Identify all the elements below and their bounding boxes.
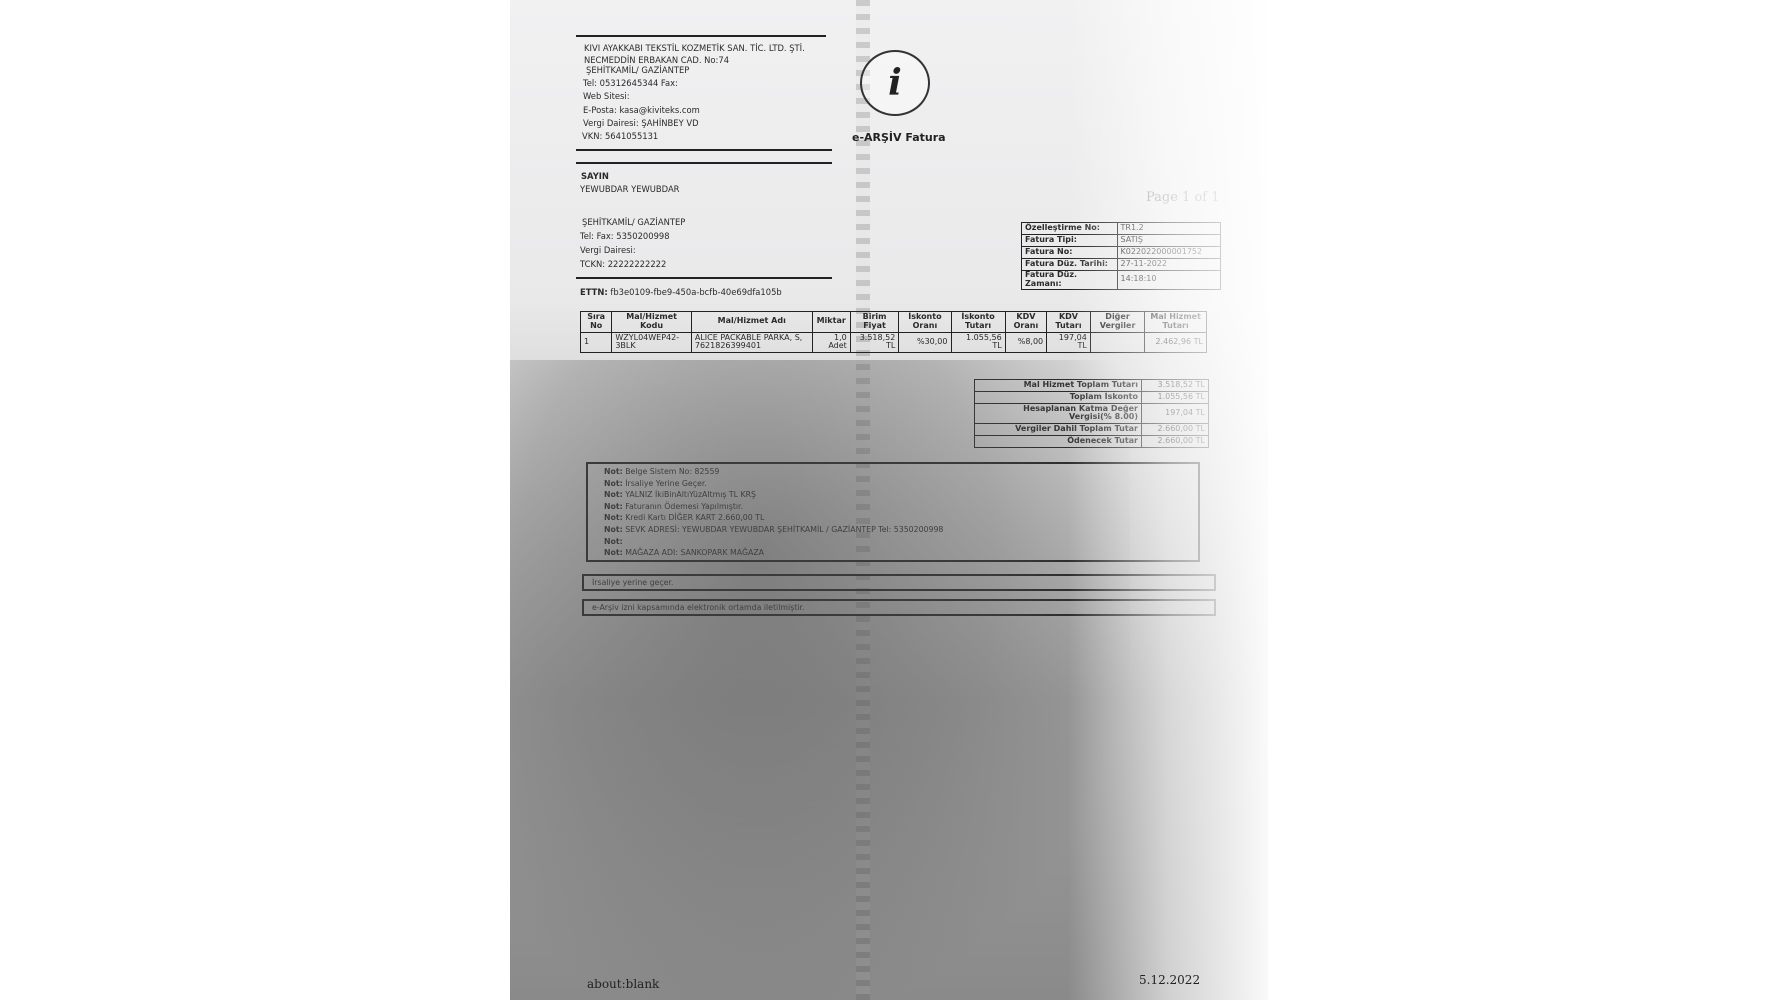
gib-logo-icon: i xyxy=(860,50,930,116)
buyer-city: ŞEHİTKAMİL/ GAZİANTEP xyxy=(582,218,685,226)
ettn-value: fb3e0109-fbe9-450a-bcfb-40e69dfa105b xyxy=(610,287,781,297)
table-cell: 1 xyxy=(581,332,612,353)
ettn-label: ETTN: xyxy=(580,287,608,297)
photo-shadow xyxy=(510,360,1130,1000)
table-cell: 1,0 Adet xyxy=(812,332,850,353)
seller-address-line2: ŞEHİTKAMİL/ GAZİANTEP xyxy=(586,66,689,74)
table-cell: ALICE PACKABLE PARKA, S, 7621826399401 xyxy=(691,332,812,353)
buyer-name: YEWUBDAR YEWUBDAR xyxy=(580,185,680,193)
seller-email: E-Posta: kasa@kiviteks.com xyxy=(583,106,700,114)
table-cell: %8,00 xyxy=(1005,332,1046,353)
divider xyxy=(576,149,832,151)
photo-glare xyxy=(1068,0,1268,1000)
column-header: Mal/Hizmet Kodu xyxy=(612,312,692,333)
seller-website: Web Sitesi: xyxy=(583,92,630,100)
document-title: e-ARŞİV Fatura xyxy=(852,131,946,144)
divider xyxy=(576,162,832,164)
column-header: Mal/Hizmet Adı xyxy=(691,312,812,333)
column-header: İskonto Oranı xyxy=(899,312,951,333)
seller-tax-office: Vergi Dairesi: ŞAHİNBEY VD xyxy=(583,119,699,127)
buyer-tax-office: Vergi Dairesi: xyxy=(580,246,636,254)
seller-name: KIVI AYAKKABI TEKSTİL KOZMETİK SAN. TİC.… xyxy=(584,44,805,52)
divider xyxy=(576,35,826,37)
column-header: KDV Oranı xyxy=(1005,312,1046,333)
column-header: İskonto Tutarı xyxy=(951,312,1005,333)
column-header: Birim Fiyat xyxy=(850,312,899,333)
table-cell: 1.055,56 TL xyxy=(951,332,1005,353)
ettn: ETTN: fb3e0109-fbe9-450a-bcfb-40e69dfa10… xyxy=(580,288,782,296)
table-cell: WZYL04WEP42-3BLK xyxy=(612,332,692,353)
seller-phone: Tel: 05312645344 Fax: xyxy=(583,79,678,87)
footer-date: 5.12.2022 xyxy=(1139,973,1200,987)
table-cell: 3.518,52 TL xyxy=(850,332,899,353)
divider xyxy=(576,277,832,279)
invoice-paper: KIVI AYAKKABI TEKSTİL KOZMETİK SAN. TİC.… xyxy=(510,0,1268,1000)
buyer-label: SAYIN xyxy=(581,172,609,180)
seller-address-line1: NECMEDDİN ERBAKAN CAD. No:74 xyxy=(584,56,729,64)
column-header: Miktar xyxy=(812,312,850,333)
column-header: Sıra No xyxy=(581,312,612,333)
table-cell: %30,00 xyxy=(899,332,951,353)
footer-url: about:blank xyxy=(587,977,659,991)
seller-vkn: VKN: 5641055131 xyxy=(582,132,658,140)
buyer-phone: Tel: Fax: 5350200998 xyxy=(580,232,670,240)
buyer-tckn: TCKN: 22222222222 xyxy=(580,260,666,268)
